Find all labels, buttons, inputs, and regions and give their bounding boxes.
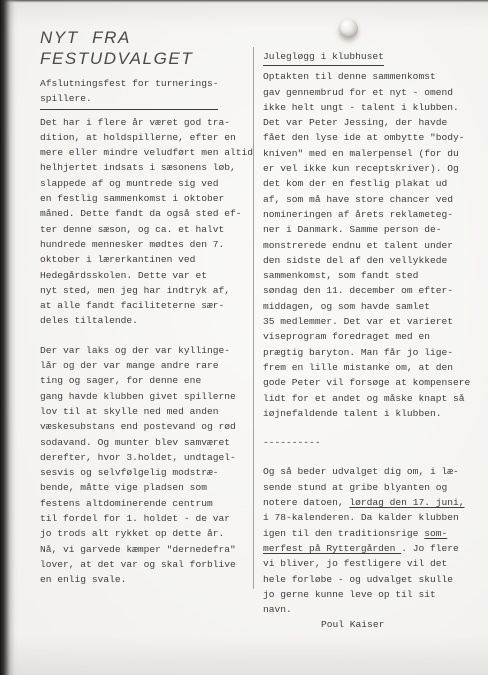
page-title-line2: FESTUDVALGET	[40, 49, 193, 68]
right-article-heading: Julegløgg i klubhuset	[263, 49, 384, 66]
dashed-separator: ----------	[263, 435, 476, 450]
page-title: NYT FRA FESTUDVALGET	[40, 27, 193, 69]
underlined-date: lørdag den 17. juni,	[349, 497, 464, 508]
scan-edge-top	[0, 0, 488, 3]
author-signature: Poul Kaiser	[263, 617, 476, 632]
scan-edge-left	[0, 0, 18, 675]
right-paragraph-1: Optakten til denne sammenkomst gav genne…	[263, 69, 476, 421]
left-column: Afslutningsfest for turnerings- spillere…	[40, 76, 254, 588]
scanned-newsletter-page: NYT FRA FESTUDVALGET Afslutningsfest for…	[0, 0, 488, 675]
push-pin-icon	[339, 19, 358, 38]
right-paragraph-2: Og så beder udvalget dig om, i læ- sende…	[263, 464, 476, 617]
left-article-heading: Afslutningsfest for turnerings- spillere…	[40, 76, 218, 110]
page-title-line1: NYT FRA	[40, 28, 131, 47]
left-paragraph-1: Det har i flere år været god tra- dition…	[40, 115, 254, 329]
right-column: Julegløgg i klubhuset Optakten til denne…	[263, 46, 476, 633]
left-paragraph-2: Der var laks og der var kyllinge- lår og…	[40, 343, 254, 588]
